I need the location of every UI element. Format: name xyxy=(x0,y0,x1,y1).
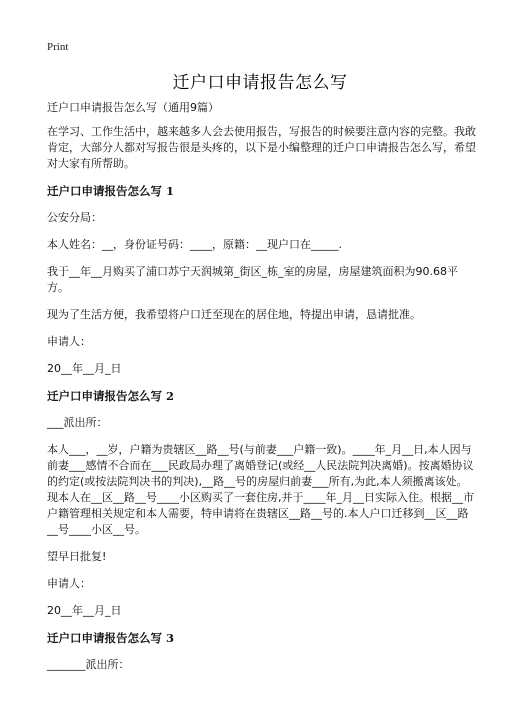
section-2-paragraph: 申请人： xyxy=(47,576,477,592)
section-2-paragraph: 望早日批复! xyxy=(47,549,477,565)
section-1-paragraph: 我于__年__月购买了浦口苏宁天润城第_街区_栋_室的房屋，房屋建筑面积为90.… xyxy=(47,264,477,296)
document-body: 迁户口申请报告怎么写（通用9篇） 在学习、工作生活中，越来越多人会去使用报告，写… xyxy=(47,100,477,684)
intro-paragraph: 在学习、工作生活中，越来越多人会去使用报告，写报告的时候要注意内容的完整。我敢肯… xyxy=(47,124,477,172)
section-1-paragraph: 现为了生活方便，我希望将户口迁至现在的居住地，特提出申请，恳请批准。 xyxy=(47,307,477,323)
section-1-paragraph: 申请人： xyxy=(47,334,477,350)
section-heading-2: 迁户口申请报告怎么写 2 xyxy=(47,388,477,404)
section-1-paragraph: 本人姓名：__，身份证号码：____，原籍：__现户口在_____. xyxy=(47,237,477,253)
section-1-paragraph: 公安分局： xyxy=(47,210,477,226)
section-heading-3: 迁户口申请报告怎么写 3 xyxy=(47,630,477,646)
section-2-paragraph: ___派出所： xyxy=(47,415,477,431)
section-2-paragraph: 20__年__月_日 xyxy=(47,603,477,619)
page-title: 迁户口申请报告怎么写 xyxy=(0,68,520,93)
section-heading-1: 迁户口申请报告怎么写 1 xyxy=(47,183,477,199)
document-subtitle: 迁户口申请报告怎么写（通用9篇） xyxy=(47,100,477,116)
print-label[interactable]: Print xyxy=(47,41,68,53)
section-1-paragraph: 20__年__月_日 xyxy=(47,361,477,377)
section-3-paragraph: _______派出所： xyxy=(47,657,477,673)
section-2-paragraph: 本人___，__岁，户籍为贵辖区__路__号(与前妻___户籍一致)。____年… xyxy=(47,442,477,538)
